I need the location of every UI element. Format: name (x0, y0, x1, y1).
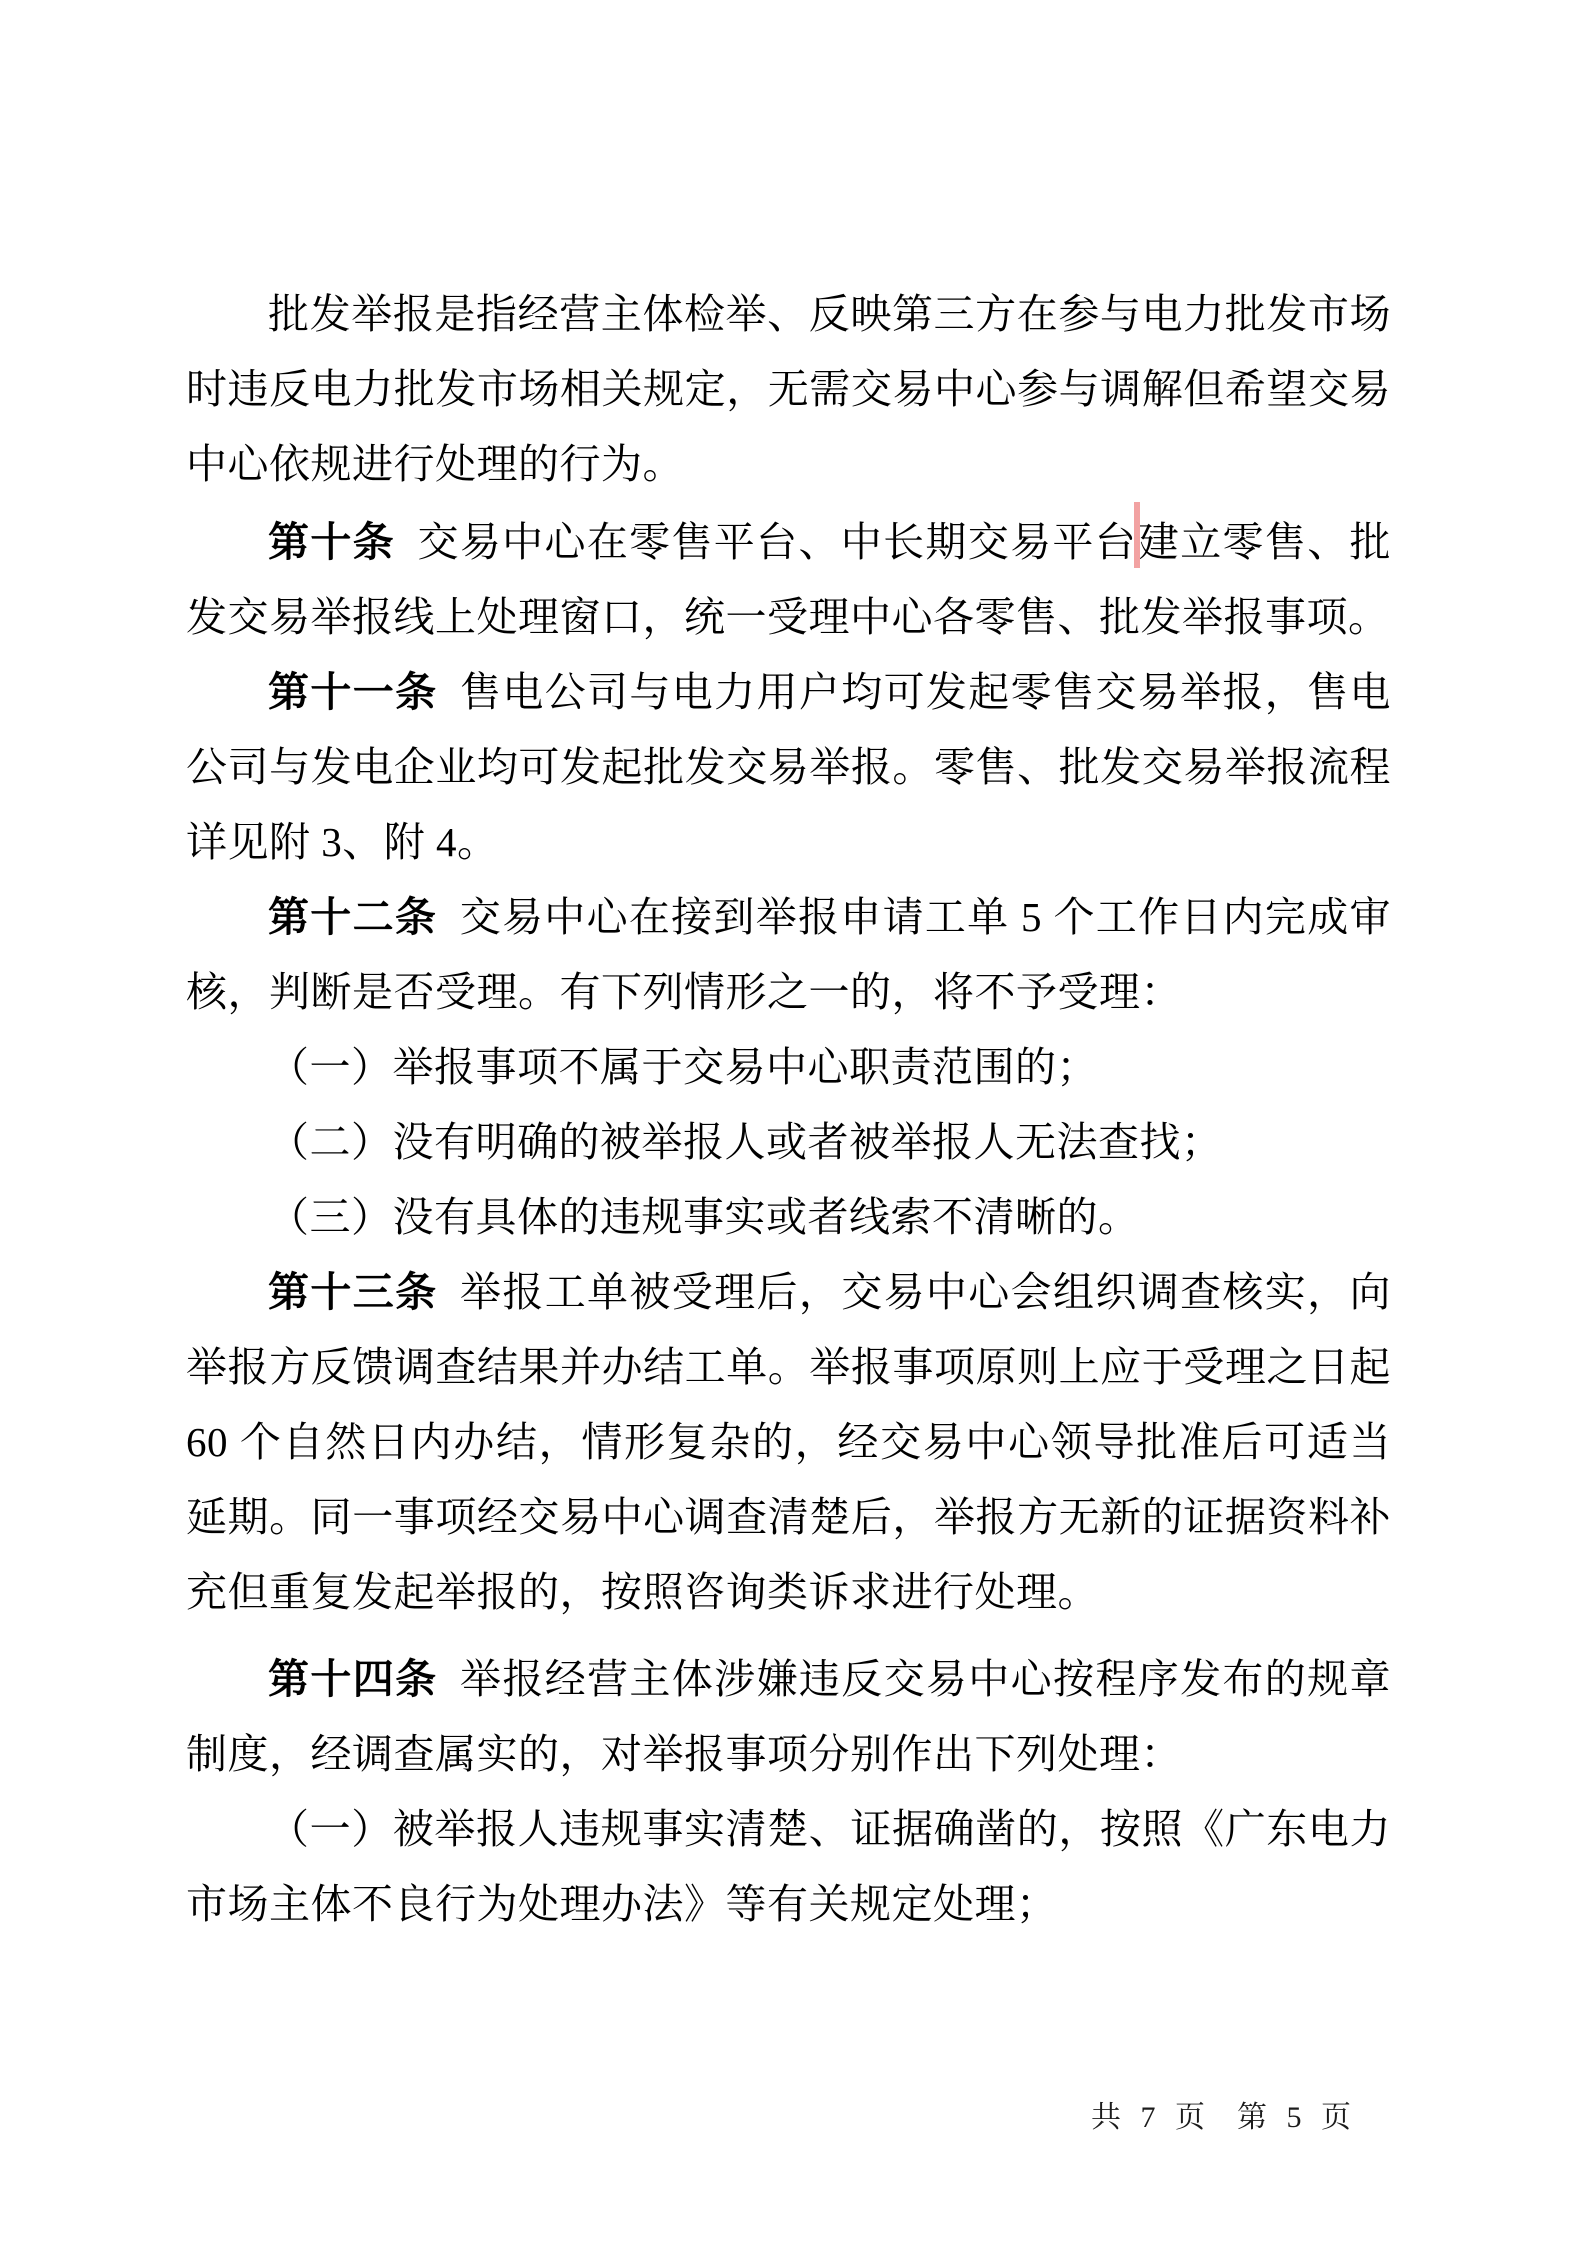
current-page-label: 第 5 页 (1237, 2101, 1357, 2134)
paragraph: 第十条交易中心在零售平台、中长期交易平台建立零售、批发交易举报线上处理窗口，统一… (186, 502, 1391, 655)
total-pages-label: 共 7 页 (1091, 2101, 1211, 2134)
paragraph-text: （一）被举报人违规事实清楚、证据确凿的，按照《广东电力市场主体不良行为处理办法》… (186, 1806, 1391, 1927)
article-heading: 第十四条 (268, 1656, 437, 1702)
paragraph: 第十二条交易中心在接到举报申请工单 5 个工作日内完成审核，判断是否受理。有下列… (186, 880, 1391, 1030)
paragraph: 第十四条举报经营主体涉嫌违反交易中心按程序发布的规章制度，经调查属实的，对举报事… (186, 1642, 1391, 1792)
article-heading: 第十三条 (268, 1269, 437, 1315)
article-heading: 第十条 (268, 519, 395, 565)
paragraph-text: 批发举报是指经营主体检举、反映第三方在参与电力批发市场时违反电力批发市场相关规定… (186, 291, 1391, 487)
paragraph: （二）没有明确的被举报人或者被举报人无法查找； (186, 1105, 1391, 1180)
paragraph: （一）被举报人违规事实清楚、证据确凿的，按照《广东电力市场主体不良行为处理办法》… (186, 1792, 1391, 1942)
page-footer: 共 7 页第 5 页 (1037, 2058, 1357, 2170)
document-page: 批发举报是指经营主体检举、反映第三方在参与电力批发市场时违反电力批发市场相关规定… (0, 0, 1587, 2245)
paragraph: （一）举报事项不属于交易中心职责范围的； (186, 1030, 1391, 1105)
text-cursor (1134, 502, 1140, 568)
paragraph: 第十一条售电公司与电力用户均可发起零售交易举报，售电公司与发电企业均可发起批发交… (186, 655, 1391, 880)
paragraph-text: （一）举报事项不属于交易中心职责范围的； (268, 1044, 1098, 1090)
paragraph: 批发举报是指经营主体检举、反映第三方在参与电力批发市场时违反电力批发市场相关规定… (186, 277, 1391, 502)
paragraph-text: 举报工单被受理后，交易中心会组织调查核实，向举报方反馈调查结果并办结工单。举报事… (186, 1269, 1391, 1615)
paragraph: 第十三条举报工单被受理后，交易中心会组织调查核实，向举报方反馈调查结果并办结工单… (186, 1255, 1391, 1630)
article-heading: 第十一条 (268, 669, 437, 715)
paragraph: （三）没有具体的违规事实或者线索不清晰的。 (186, 1180, 1391, 1255)
paragraph-text: 交易中心在零售平台、中长期交易平台 (418, 519, 1138, 565)
paragraph-text: （二）没有明确的被举报人或者被举报人无法查找； (268, 1119, 1223, 1165)
document-body[interactable]: 批发举报是指经营主体检举、反映第三方在参与电力批发市场时违反电力批发市场相关规定… (186, 277, 1391, 1942)
paragraph-text: （三）没有具体的违规事实或者线索不清晰的。 (268, 1194, 1140, 1240)
article-heading: 第十二条 (268, 894, 437, 940)
